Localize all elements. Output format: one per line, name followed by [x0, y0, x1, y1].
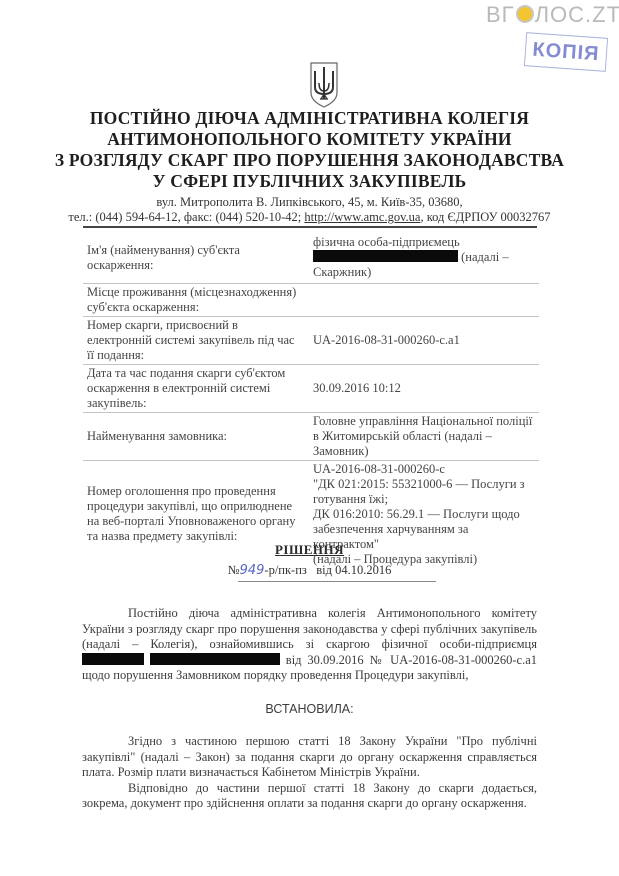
- row-label: Місце проживання (місцезнаходження) суб'…: [83, 283, 303, 316]
- entity-type: фізична особа-підприємець: [313, 235, 460, 249]
- watermark-text-left: ВГ: [486, 2, 515, 27]
- handwritten-number: 949: [240, 563, 265, 578]
- title-line-2: АНТИМОНОПОЛЬНОГО КОМІТЕТУ УКРАЇНИ: [0, 129, 619, 150]
- ukraine-trident-coat-of-arms-icon: [309, 61, 339, 109]
- redacted-name: [313, 250, 458, 262]
- established-heading: ВСТАНОВИЛА:: [0, 702, 619, 716]
- copy-stamp: КОПІЯ: [524, 32, 608, 72]
- row-label: Найменування замовника:: [83, 412, 303, 460]
- announcement-number: UA-2016-08-31-000260-c: [313, 462, 535, 477]
- phone-fax: тел.: (044) 594-64-12, факс: (044) 520-1…: [68, 210, 304, 224]
- decision-number: №949-р/пк-пз від 04.10.2016: [0, 563, 619, 578]
- edrpou-code: , код ЄДРПОУ 00032767: [420, 210, 550, 224]
- table-row: Номер скарги, присвоєний в електронній с…: [83, 316, 539, 364]
- website-link[interactable]: http://www.amc.gov.ua: [304, 210, 420, 224]
- cpv-code-1: "ДК 021:2015: 55321000-6 — Послуги з гот…: [313, 477, 535, 507]
- row-value: 30.09.2016 10:12: [303, 364, 539, 412]
- complaint-info-table: Ім'я (найменування) суб'єкта оскарження:…: [83, 233, 539, 568]
- row-label: Ім'я (найменування) суб'єкта оскарження:: [83, 233, 303, 283]
- watermark-text-right: ЛОС.ZT: [535, 2, 619, 27]
- row-value: UA-2016-08-31-000260-c.a1: [303, 316, 539, 364]
- row-value: фізична особа-підприємець (надалі – Скар…: [303, 233, 539, 283]
- table-row: Ім'я (найменування) суб'єкта оскарження:…: [83, 233, 539, 283]
- contacts-line: тел.: (044) 594-64-12, факс: (044) 520-1…: [0, 210, 619, 225]
- table-row: Місце проживання (місцезнаходження) суб'…: [83, 283, 539, 316]
- table-row: Найменування замовника: Головне управлін…: [83, 412, 539, 460]
- table-row: Дата та час подання скарги суб'єктом оск…: [83, 364, 539, 412]
- site-watermark: ВГЛОС.ZT: [486, 2, 619, 28]
- findings: Згідно з частиною першою статті 18 Закон…: [82, 734, 537, 812]
- organization-address: вул. Митрополита В. Липківського, 45, м.…: [0, 195, 619, 225]
- organization-title: ПОСТІЙНО ДІЮЧА АДМІНІСТРАТИВНА КОЛЕГІЯ А…: [0, 108, 619, 192]
- redacted-name-1: [82, 653, 144, 665]
- title-line-3: З РОЗГЛЯДУ СКАРГ ПРО ПОРУШЕННЯ ЗАКОНОДАВ…: [0, 150, 619, 171]
- redacted-name-2: [150, 653, 280, 665]
- finding-paragraph: Відповідно до частини першої статті 18 З…: [82, 781, 537, 812]
- row-label: Номер скарги, присвоєний в електронній с…: [83, 316, 303, 364]
- decision-divider: [238, 581, 436, 582]
- title-line-4: У СФЕРІ ПУБЛІЧНИХ ЗАКУПІВЕЛЬ: [0, 171, 619, 192]
- decision-title: РІШЕННЯ: [0, 542, 619, 558]
- decision-date: від 04.10.2016: [316, 563, 391, 577]
- title-line-1: ПОСТІЙНО ДІЮЧА АДМІНІСТРАТИВНА КОЛЕГІЯ: [0, 108, 619, 129]
- number-sign: №: [228, 563, 240, 577]
- address-line: вул. Митрополита В. Липківського, 45, м.…: [0, 195, 619, 210]
- number-suffix: -р/пк-пз: [264, 563, 306, 577]
- header-divider: [83, 226, 537, 228]
- finding-paragraph: Згідно з частиною першою статті 18 Закон…: [82, 734, 537, 781]
- row-label: Дата та час подання скарги суб'єктом оск…: [83, 364, 303, 412]
- sound-wave-logo-icon: [516, 5, 534, 23]
- intro-paragraph: Постійно діюча адміністративна колегія А…: [82, 606, 537, 684]
- row-value: Головне управління Національної поліції …: [303, 412, 539, 460]
- row-value: [303, 283, 539, 316]
- intro-text-part1: Постійно діюча адміністративна колегія А…: [82, 606, 537, 651]
